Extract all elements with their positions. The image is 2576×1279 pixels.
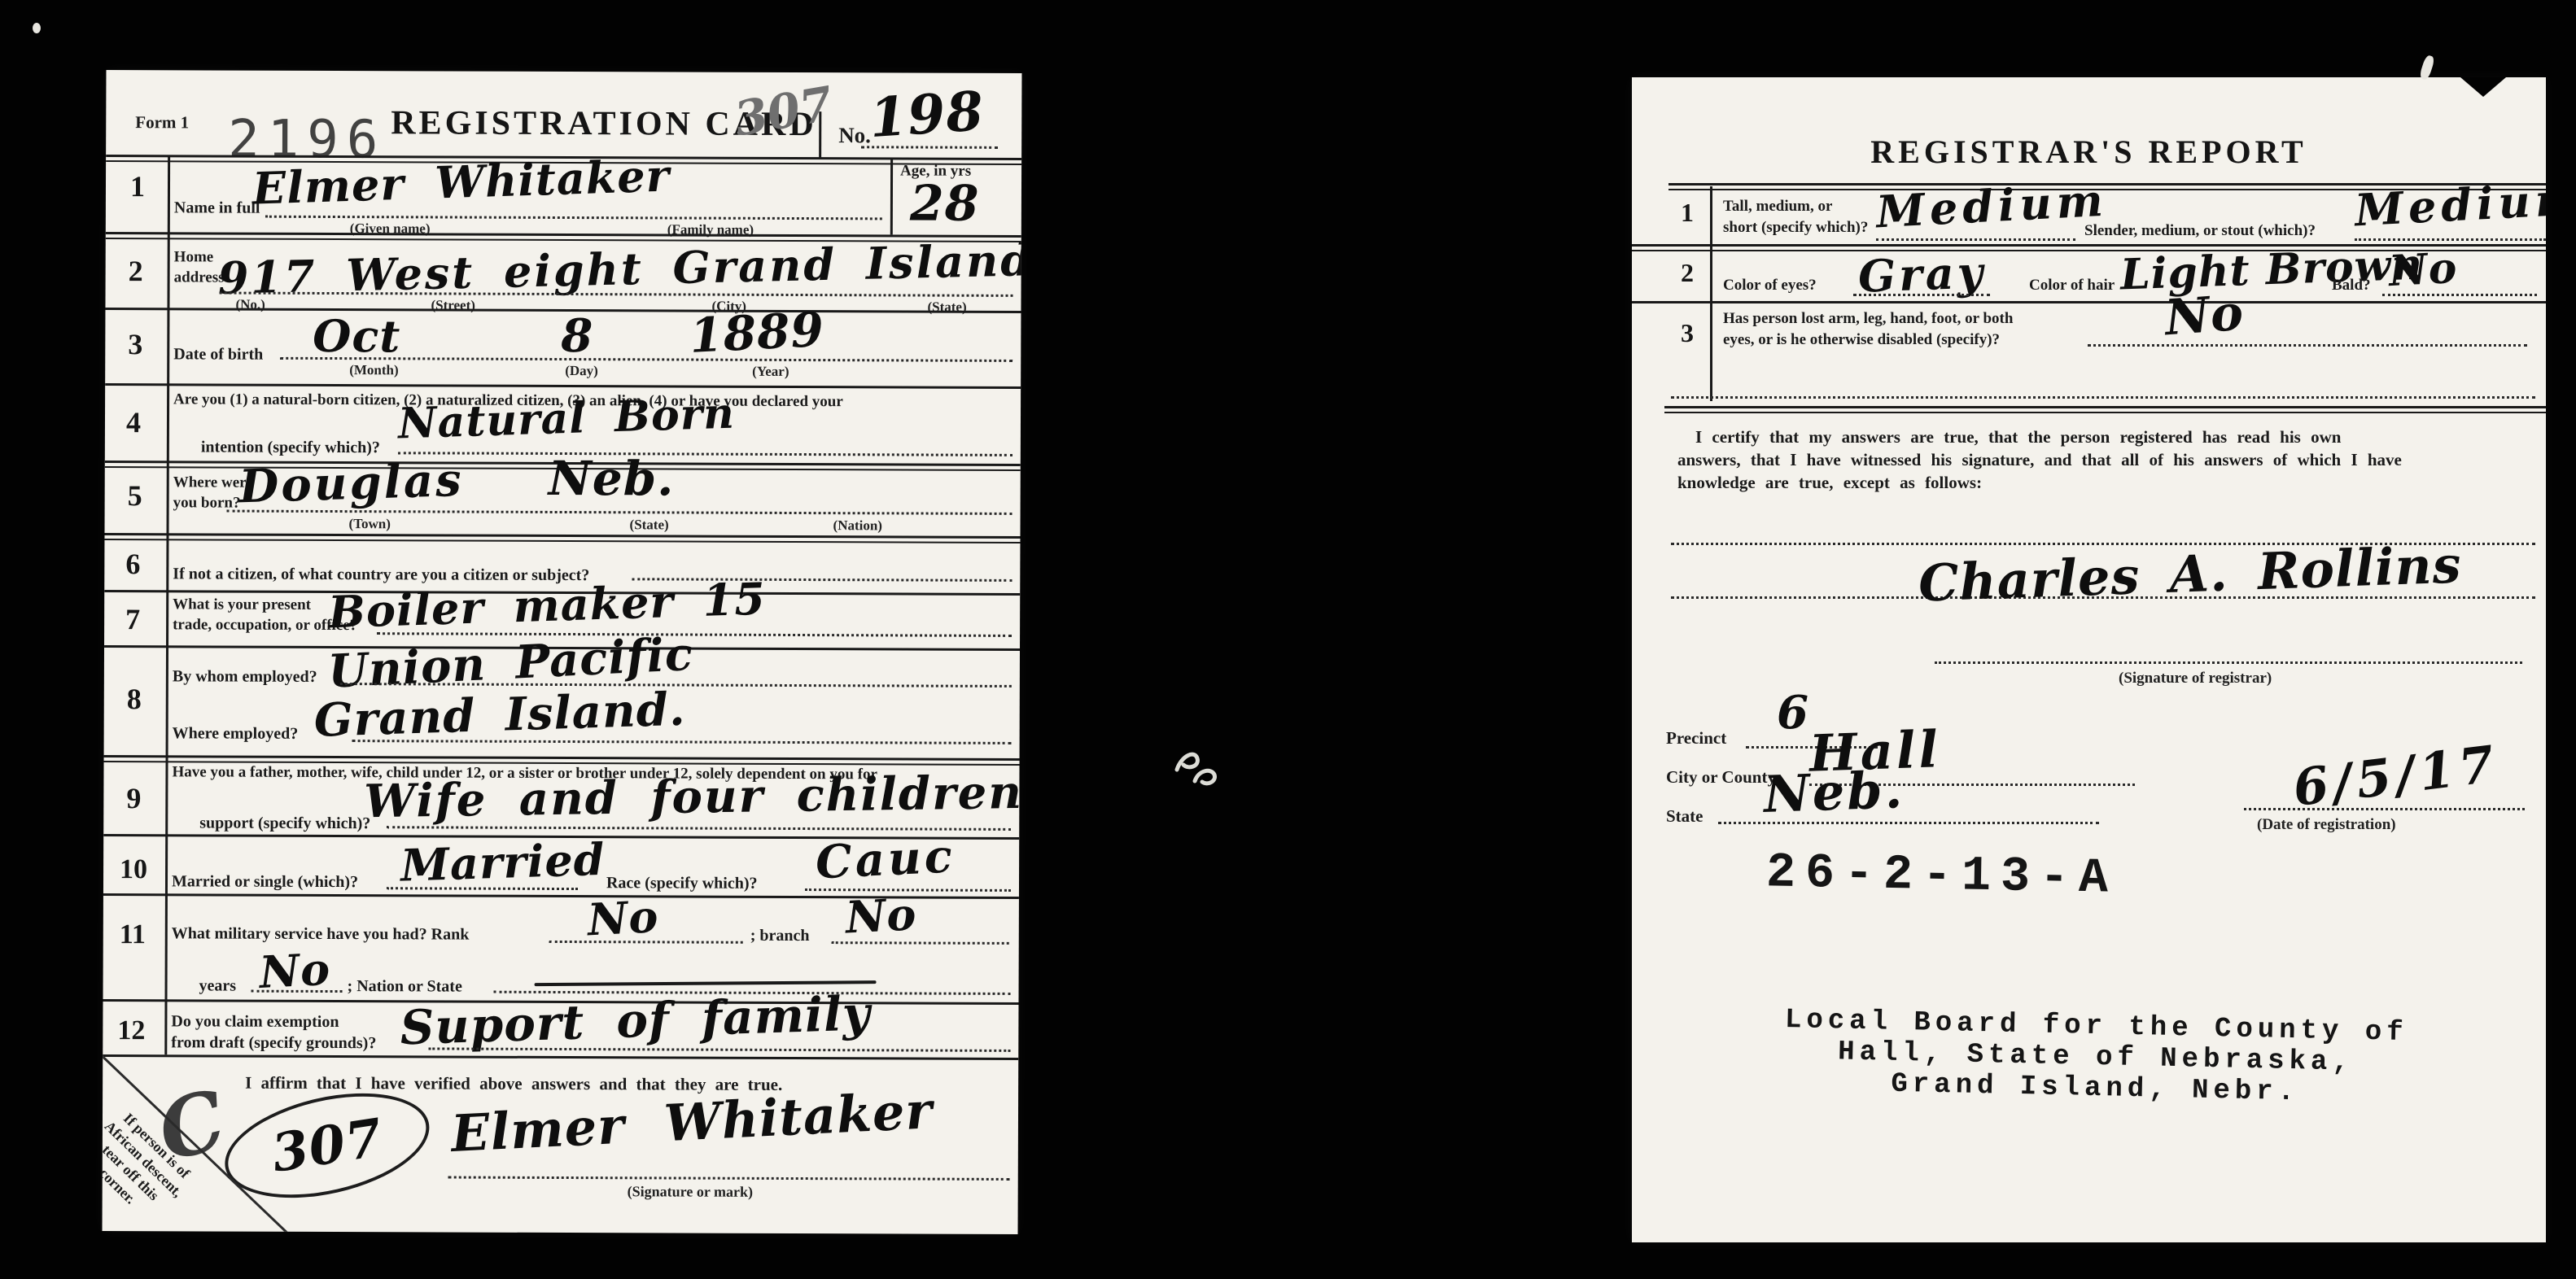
row-number: 6 <box>125 547 140 581</box>
height-value: Medium <box>1875 174 2110 238</box>
military-rank-value: No <box>586 890 659 945</box>
height-label-line1: Tall, medium, or <box>1723 198 1832 216</box>
board-code-stamp: 26-2-13-A <box>1765 845 2118 907</box>
dotted-line <box>1718 822 2099 824</box>
dotted-line <box>265 216 882 220</box>
nation-or-state-label: ; Nation or State <box>348 977 462 996</box>
precinct-value: 6 <box>1777 686 1809 740</box>
employer-label: By whom employed? <box>173 667 317 687</box>
citizen-value: Natural Born <box>397 389 736 449</box>
state-caption: (State) <box>630 517 669 533</box>
dotted-line <box>387 826 1011 831</box>
dotted-line <box>2244 808 2525 810</box>
precinct-label: Precinct <box>1666 728 1726 749</box>
birth-month-value: Oct <box>313 310 400 362</box>
paper-notch <box>2460 77 2506 97</box>
exemption-label-line2: from draft (specify grounds)? <box>171 1033 376 1053</box>
dotted-line <box>352 740 1012 744</box>
row-number: 7 <box>125 602 140 636</box>
rule <box>105 383 1021 389</box>
dotted-line <box>448 1176 1010 1181</box>
row-number: 2 <box>129 254 143 288</box>
row-number: 10 <box>120 854 147 885</box>
where-employed-value: Grand Island. <box>313 683 686 748</box>
dotted-line <box>1935 661 2522 664</box>
military-branch-value: No <box>844 888 917 943</box>
dotted-line <box>1671 396 2535 399</box>
year-caption: (Year) <box>752 364 789 380</box>
build-label: Slender, medium, or stout (which)? <box>2084 222 2316 240</box>
state-value: Neb. <box>1763 760 1906 824</box>
registration-date-caption: (Date of registration) <box>2257 816 2396 834</box>
row-number: 8 <box>127 682 142 716</box>
disability-label-line2: eyes, or is he otherwise disabled (speci… <box>1723 331 2000 349</box>
number-column-line <box>1710 186 1712 401</box>
registration-card: Form 1 2196 REGISTRATION CARD 307 No. 19… <box>103 70 1022 1234</box>
rule <box>104 533 1020 543</box>
month-caption: (Month) <box>349 362 399 378</box>
dust-speck <box>33 23 41 33</box>
dotted-line <box>251 990 343 993</box>
dotted-line <box>398 452 1012 456</box>
town-caption: (Town) <box>349 516 391 532</box>
dependents-question-line2: support (specify which)? <box>199 814 370 833</box>
header-divider-line <box>819 111 821 159</box>
dotted-line <box>549 941 743 944</box>
military-label: What military service have you had? Rank <box>172 924 470 944</box>
row-number: 4 <box>126 405 141 439</box>
bald-value: No <box>2387 243 2458 296</box>
certification-line2: answers, that I have witnessed his signa… <box>1677 450 2402 470</box>
row-number: 3 <box>1681 318 1694 348</box>
citizen-question-line2: intention (specify which)? <box>201 438 380 457</box>
day-caption: (Day) <box>565 363 598 379</box>
born-town-value: Douglas <box>238 453 465 514</box>
name-label: Name in full <box>174 199 260 217</box>
exemption-value: Suport of family <box>399 985 871 1055</box>
birth-year-value: 1889 <box>689 302 826 364</box>
height-label-line2: short (specify which)? <box>1723 219 1868 237</box>
report-title: REGISTRAR'S REPORT <box>1632 133 2546 171</box>
hair-label: Color of hair <box>2029 277 2115 295</box>
dotted-line <box>377 632 1012 637</box>
disability-label-line1: Has person lost arm, leg, hand, foot, or… <box>1723 310 2013 328</box>
form-number-label: Form 1 <box>135 112 189 133</box>
age-value: 28 <box>910 175 980 232</box>
dotted-line <box>2088 344 2527 347</box>
row-number: 2 <box>1681 258 1694 288</box>
birth-date-label: Date of birth <box>173 345 263 364</box>
dotted-line <box>2382 294 2537 296</box>
registration-date-value: 6/5/17 <box>2290 734 2502 818</box>
birth-day-value: 8 <box>561 309 593 363</box>
branch-label: ; branch <box>750 927 810 945</box>
row-number: 12 <box>117 1015 145 1046</box>
row-number: 9 <box>126 781 141 815</box>
disability-value: No <box>2163 285 2246 347</box>
row-number: 1 <box>1681 198 1694 228</box>
age-column-line <box>890 159 893 234</box>
number-column-line <box>164 156 170 1054</box>
row-number: 3 <box>128 327 142 361</box>
where-employed-label: Where employed? <box>173 724 299 744</box>
rule <box>103 1054 1018 1060</box>
registrar-signature: Charles A. Rollins <box>1918 535 2463 613</box>
dotted-line <box>227 510 1012 515</box>
born-state-value: Neb. <box>549 451 675 507</box>
married-label: Married or single (which)? <box>172 872 358 892</box>
certification-line1: I certify that my answers are true, that… <box>1695 427 2341 447</box>
dotted-line <box>1876 238 2075 241</box>
signature-caption: (Signature or mark) <box>628 1183 753 1201</box>
bald-label: Bald? <box>2332 277 2371 295</box>
circled-number-value: 307 <box>268 1107 387 1184</box>
trade-label-line1: What is your present <box>173 596 311 614</box>
local-board-stamp: Local Board for the County of Hall, Stat… <box>1721 1003 2471 1111</box>
build-value: Medium <box>2354 172 2546 237</box>
eyes-label: Color of eyes? <box>1723 277 1817 295</box>
dependents-value: Wife and four children <box>364 766 1022 828</box>
no-label: No. <box>838 123 871 148</box>
dotted-line <box>1853 294 1990 296</box>
registrars-report-card: REGISTRAR'S REPORT 1 Tall, medium, or sh… <box>1632 77 2546 1242</box>
home-label: Home <box>174 248 214 266</box>
rule <box>1632 301 2546 303</box>
rule <box>1664 406 2546 413</box>
certification-line3: knowledge are true, except as follows: <box>1677 473 1982 493</box>
dotted-line <box>861 146 998 149</box>
state-label: State <box>1666 806 1703 827</box>
exemption-label-line1: Do you claim exemption <box>171 1012 339 1032</box>
row-number: 5 <box>128 478 142 513</box>
registrar-signature-caption: (Signature of registrar) <box>2119 670 2272 688</box>
serial-number-handwritten: 198 <box>868 79 986 150</box>
row-number: 1 <box>130 169 145 203</box>
married-value: Married <box>400 833 606 892</box>
row-number: 11 <box>120 919 146 950</box>
address-label: address <box>174 268 225 286</box>
race-value: Cauc <box>815 829 957 889</box>
handwritten-dash-line <box>535 980 877 986</box>
nation-caption: (Nation) <box>833 517 883 534</box>
stray-ink-mark <box>1170 745 1222 799</box>
scanned-document: Form 1 2196 REGISTRATION CARD 307 No. 19… <box>0 0 2576 1279</box>
race-label: Race (specify which)? <box>606 874 758 893</box>
years-label: years <box>199 976 237 995</box>
city-county-label: City or County <box>1666 767 1776 788</box>
dotted-line <box>832 941 1009 945</box>
